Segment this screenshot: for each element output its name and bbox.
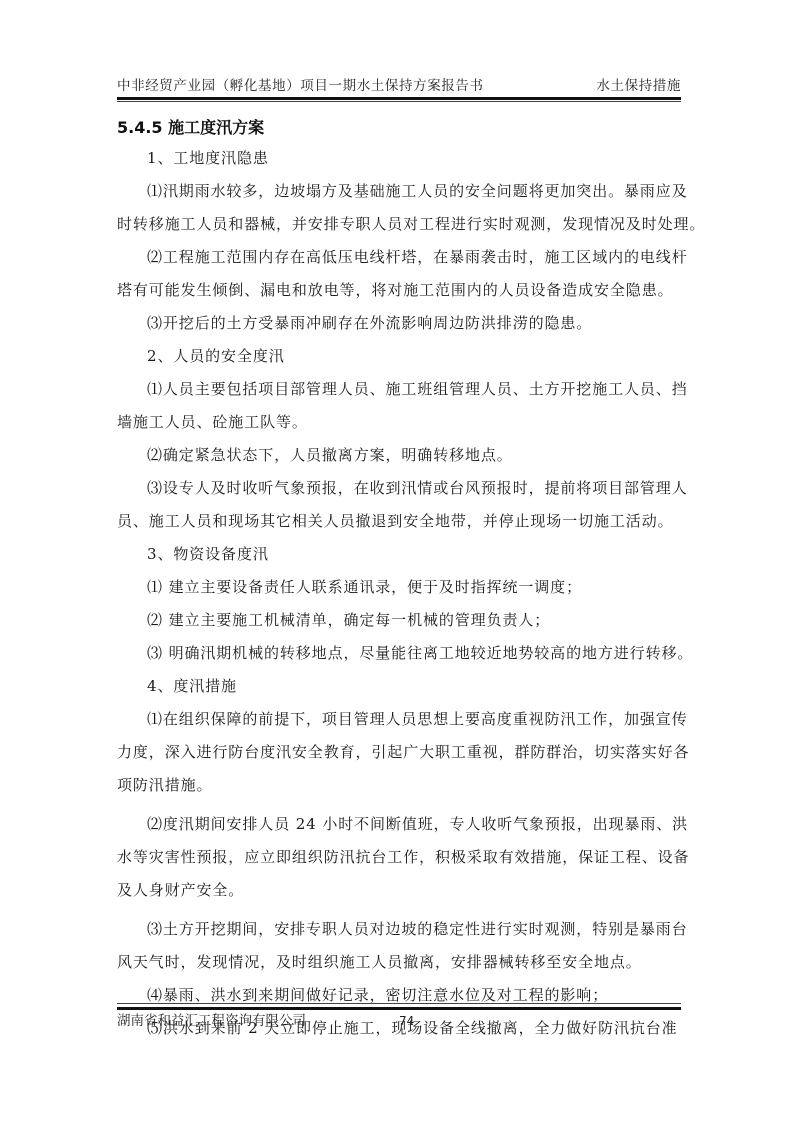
text-line: 墙施工人员、砼施工队等。 xyxy=(117,412,308,432)
text-line: ⑷暴雨、洪水到来期间做好记录，密切注意水位及对工程的影响； xyxy=(147,985,608,1005)
text-line: 水等灾害性预报，应立即组织防汛抗台工作，积极采取有效措施，保证工程、设备 xyxy=(117,847,689,867)
text-line: 4、度汛措施 xyxy=(147,676,237,696)
text-line: ⑵ 建立主要施工机械清单，确定每一机械的管理负责人； xyxy=(147,610,550,630)
text-line: ⑵工程施工范围内存在高低压电线杆塔，在暴雨袭击时，施工区域内的电线杆 xyxy=(147,247,688,267)
text-line: 风天气时，发现情况，及时组织施工人员撤离，安排器械转移至安全地点。 xyxy=(117,952,642,972)
page-header: 中非经贸产业园（孵化基地）项目一期水土保持方案报告书 水土保持措施 xyxy=(117,76,681,96)
text-line: 员、施工人员和现场其它相关人员撤退到安全地带，并停止现场一切施工活动。 xyxy=(117,511,674,531)
footer-rule xyxy=(117,1007,681,1010)
text-line: ⑶设专人及时收听气象预报，在收到汛情或台风预报时，提前将项目部管理人 xyxy=(147,478,688,498)
text-line: ⑵确定紧急状态下，人员撤离方案，明确转移地点。 xyxy=(147,445,513,465)
footer-company: 湖南省和益汇工程咨询有限公司 xyxy=(117,1012,306,1030)
text-line: ⑴汛期雨水较多，边坡塌方及基础施工人员的安全问题将更加突出。暴雨应及 xyxy=(147,181,688,201)
text-line: ⑵度汛期间安排人员 24 小时不间断值班，专人收听气象预报，出现暴雨、洪 xyxy=(147,814,688,834)
text-line: ⑴在组织保障的前提下，项目管理人员思想上要高度重视防汛工作，加强宣传 xyxy=(147,709,688,729)
text-line: ⑶开挖后的土方受暴雨冲刷存在外流影响周边防洪排涝的隐患。 xyxy=(147,313,592,333)
text-line: ⑴人员主要包括项目部管理人员、施工班组管理人员、土方开挖施工人员、挡 xyxy=(147,379,688,399)
footer-rule-thin xyxy=(117,1003,681,1004)
text-line: 项防汛措施。 xyxy=(117,775,212,795)
page-number: 74 xyxy=(399,1012,414,1030)
text-line: 3、物资设备度汛 xyxy=(147,544,269,564)
text-line: ⑶ 明确汛期机械的转移地点，尽量能往离工地较近地势较高的地方进行转移。 xyxy=(147,643,693,663)
text-line: ⑴ 建立主要设备责任人联系通讯录，便于及时指挥统一调度； xyxy=(147,577,582,597)
text-line: 及人身财产安全。 xyxy=(117,880,244,900)
text-line: 2、人员的安全度汛 xyxy=(147,346,285,366)
text-line: ⑶土方开挖期间，安排专职人员对边坡的稳定性进行实时观测，特别是暴雨台 xyxy=(147,919,688,939)
text-line: 力度，深入进行防台度汛安全教育，引起广大职工重视，群防群治，切实落实好各 xyxy=(117,742,689,762)
text-line: 时转移施工人员和器械，并安排专职人员对工程进行实时观测，发现情况及时处理。 xyxy=(117,214,705,234)
header-rule-thin xyxy=(117,101,681,102)
chapter-title: 水土保持措施 xyxy=(596,76,681,96)
document-title: 中非经贸产业园（孵化基地）项目一期水土保持方案报告书 xyxy=(117,76,484,96)
header-rule xyxy=(117,97,681,100)
text-line: 1、工地度汛隐患 xyxy=(147,148,269,168)
section-heading: 5.4.5 施工度汛方案 xyxy=(117,117,264,139)
text-line: 塔有可能发生倾倒、漏电和放电等，将对施工范围内的人员设备造成安全隐患。 xyxy=(117,280,674,300)
